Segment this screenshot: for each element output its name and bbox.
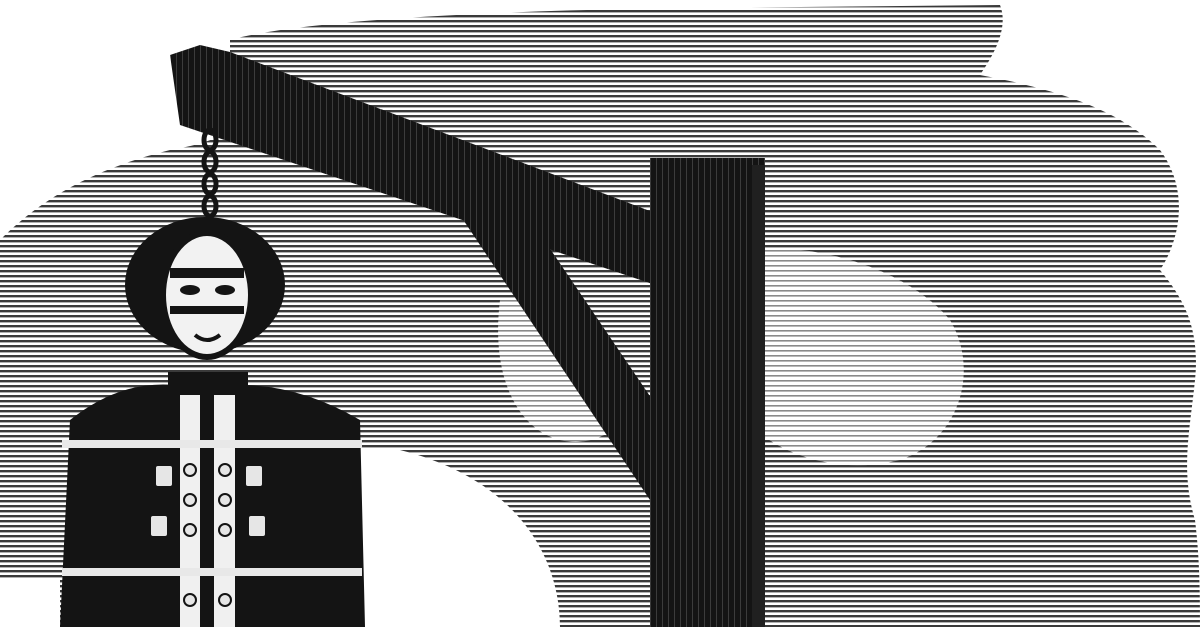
- gibbet-engraving: [0, 0, 1200, 627]
- gibbet-post: [650, 158, 765, 627]
